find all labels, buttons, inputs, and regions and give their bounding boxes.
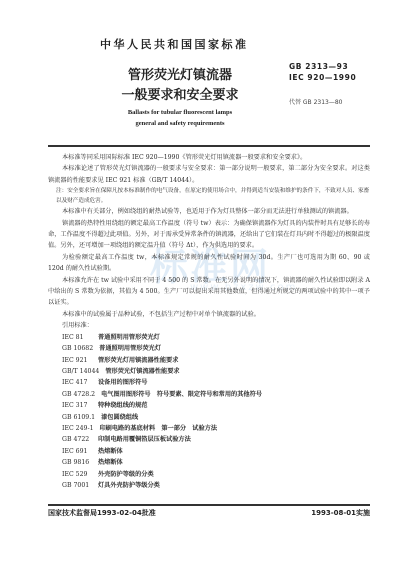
reference-item: GB 9816热熔断体	[48, 457, 370, 468]
paragraph: 本标准允许在 tw 试验中采用不同于 4 500 的 S 常数。在无另外说明的情…	[48, 275, 370, 309]
standard-codes: GB 2313—93 IEC 920—1990 代替 GB 2313—80	[289, 61, 356, 108]
reference-item: GB 10682普通照明用管形荧光灯	[48, 343, 370, 354]
reference-item: IEC 691热熔断体	[48, 446, 370, 457]
approval-date: 国家技术监督局1993-02-04批准	[48, 508, 156, 518]
title-chinese: 管形荧光灯镇流器 一般要求和安全要求	[110, 66, 250, 106]
paragraph: 镇流器的热特性用绕组的额定最高工作温度（符号 tw）表示：为确保镇流器作为灯具的…	[48, 218, 370, 252]
title-english: Ballasts for tubular fluorescent lamps g…	[100, 107, 260, 129]
document-body: 本标准等同采用国际标准 IEC 920—1990《管形荧光灯用镇流器一般要求和安…	[48, 152, 370, 491]
reference-item: IEC 529外壳防护等级的分类	[48, 469, 370, 480]
references-heading: 引用标准：	[48, 320, 370, 331]
replaces-code: 代替 GB 2313—80	[289, 97, 356, 108]
reference-list: IEC 81普通照明用管形荧光灯 GB 10682普通照明用管形荧光灯 IEC …	[48, 332, 370, 492]
iec-code: IEC 920—1990	[289, 72, 356, 83]
reference-item: GB/T 14044管形荧光灯镇流器性能要求	[48, 366, 370, 377]
paragraph: 本标准中有关部分，例如绕组的耐热试验等，也适用于作为灯具整体一部分而无法进行单独…	[48, 206, 370, 217]
paragraph: 为检验额定最高工作温度 tw，本标准规定常规的耐久性试验时间为 30d。生产厂也…	[48, 252, 370, 275]
reference-item: GB 4728.2电气图用图形符号 符号要素、限定符号和常用的其他符号	[48, 389, 370, 400]
reference-item: IEC 921管形荧光灯用镇流器性能要求	[48, 355, 370, 366]
reference-item: IEC 81普通照明用管形荧光灯	[48, 332, 370, 343]
top-divider	[48, 145, 370, 147]
paragraph: 本标准中的试验属于品种试验，不包括生产过程中对单个镇流器的试验。	[48, 309, 370, 320]
title-cn-line2: 一般要求和安全要求	[110, 86, 250, 106]
paragraph: 本标准论述了管形荧光灯镇流器的一般要求与安全要求：第一部分说明一般要求，第二部分…	[48, 163, 370, 186]
footer: 国家技术监督局1993-02-04批准 1993-08-01实施	[48, 508, 370, 518]
gb-code: GB 2313—93	[289, 61, 356, 72]
bottom-divider	[48, 504, 370, 506]
reference-item: GB 4722印制电路用覆铜箔层压板试验方法	[48, 434, 370, 445]
title-cn-line1: 管形荧光灯镇流器	[110, 66, 250, 86]
title-en-line2: general and safety requirements	[100, 118, 260, 129]
reference-item: IEC 417设备用的图形符号	[48, 377, 370, 388]
title-en-line1: Ballasts for tubular fluorescent lamps	[100, 107, 260, 118]
reference-item: IEC 317特种绕组线的规范	[48, 400, 370, 411]
national-standard-heading: 中华人民共和国国家标准	[100, 36, 300, 52]
reference-item: IEC 249-1印刷电路的基底材料 第一部分 试验方法	[48, 423, 370, 434]
document-page: 中华人民共和国国家标准 GB 2313—93 IEC 920—1990 代替 G…	[0, 0, 400, 566]
reference-item: GB 6109.1漆包圆绕组线	[48, 412, 370, 423]
effective-date: 1993-08-01实施	[311, 508, 370, 518]
paragraph: 本标准等同采用国际标准 IEC 920—1990《管形荧光灯用镇流器一般要求和安…	[48, 152, 370, 163]
note: 注：安全要求旨在保障凡按本标准制作的电气设备，在原定的使用场合中，并得到适当安装…	[48, 186, 370, 206]
reference-item: GB 7001灯具外壳防护等级分类	[48, 480, 370, 491]
